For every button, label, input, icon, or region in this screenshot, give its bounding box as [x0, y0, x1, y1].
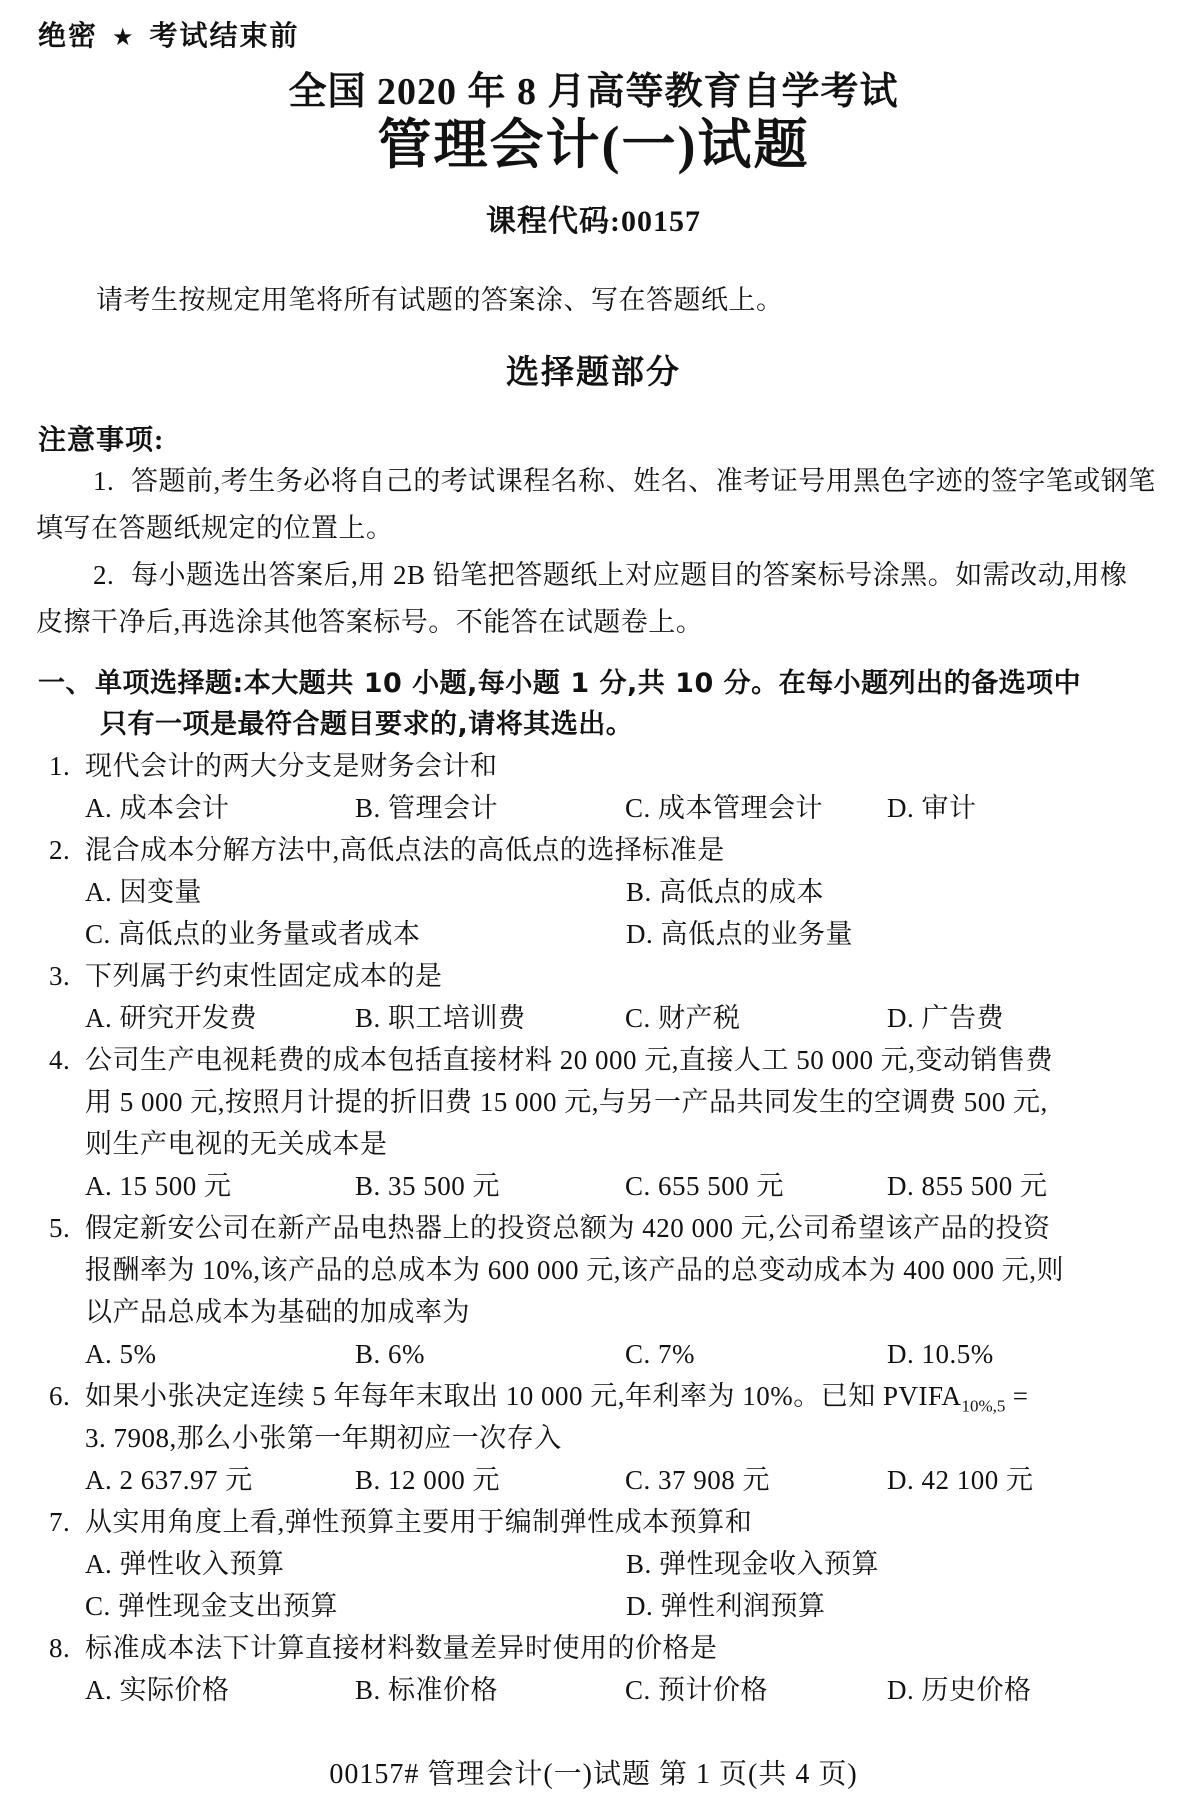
question-stem-row: 1. 现代会计的两大分支是财务会计和: [36, 745, 1159, 787]
question-number: 4.: [49, 1039, 85, 1081]
option-a: A. 实际价格: [85, 1669, 355, 1711]
question-7: 7. 从实用角度上看,弹性预算主要用于编制弹性成本预算和 A. 弹性收入预算 B…: [36, 1501, 1159, 1627]
option-b: B. 管理会计: [355, 787, 625, 829]
note-continuation: 填写在答题纸规定的位置上。: [36, 505, 1159, 552]
section-marker: 一、: [38, 663, 95, 704]
heading-text: 单项选择题:本大题共 10 小题,每小题 1 分,共 10 分。在每小题列出的备…: [95, 663, 1081, 704]
question-list: 1. 现代会计的两大分支是财务会计和 A. 成本会计 B. 管理会计 C. 成本…: [36, 745, 1159, 1711]
option-a: A. 弹性收入预算: [85, 1543, 626, 1585]
option-a: A. 5%: [85, 1333, 355, 1375]
options-row: A. 弹性收入预算 B. 弹性现金收入预算: [85, 1543, 1159, 1585]
question-stem-row: 8. 标准成本法下计算直接材料数量差异时使用的价格是: [36, 1627, 1159, 1669]
question-5: 5. 假定新安公司在新产品电热器上的投资总额为 420 000 元,公司希望该产…: [36, 1207, 1159, 1375]
exam-phase: 考试结束前: [150, 19, 300, 52]
note-item-1: 1. 答题前,考生务必将自己的考试课程名称、姓名、准考证号用黑色字迹的签字笔或钢…: [36, 458, 1159, 505]
question-8: 8. 标准成本法下计算直接材料数量差异时使用的价格是 A. 实际价格 B. 标准…: [36, 1627, 1159, 1711]
question-stem: 公司生产电视耗费的成本包括直接材料 20 000 元,直接人工 50 000 元…: [85, 1039, 1159, 1081]
note-text: 每小题选出答案后,用 2B 铅笔把答题纸上对应题目的答案标号涂黑。如需改动,用橡: [131, 552, 1159, 599]
option-d: D. 高低点的业务量: [626, 913, 1159, 955]
question-stem: 下列属于约束性固定成本的是: [85, 955, 1159, 997]
classified-header: 绝密★考试结束前: [38, 14, 300, 54]
course-code: 课程代码:00157: [0, 196, 1187, 240]
section-one-heading: 一、 单项选择题:本大题共 10 小题,每小题 1 分,共 10 分。在每小题列…: [38, 663, 1157, 745]
question-stem: 假定新安公司在新产品电热器上的投资总额为 420 000 元,公司希望该产品的投…: [85, 1207, 1159, 1249]
question-number: 5.: [49, 1207, 85, 1249]
option-c: C. 成本管理会计: [625, 787, 887, 829]
option-c: C. 655 500 元: [625, 1165, 887, 1207]
option-c: C. 高低点的业务量或者成本: [85, 913, 626, 955]
options-row: A. 因变量 B. 高低点的成本: [85, 871, 1159, 913]
options-row: C. 高低点的业务量或者成本 D. 高低点的业务量: [85, 913, 1159, 955]
option-c: C. 7%: [625, 1333, 887, 1375]
heading-continuation: 只有一项是最符合题目要求的,请将其选出。: [100, 704, 1157, 745]
note-text: 答题前,考生务必将自己的考试课程名称、姓名、准考证号用黑色字迹的签字笔或钢笔: [131, 458, 1159, 505]
question-stem-row: 3. 下列属于约束性固定成本的是: [36, 955, 1159, 997]
question-number: 1.: [49, 745, 85, 787]
question-stem-row: 7. 从实用角度上看,弹性预算主要用于编制弹性成本预算和: [36, 1501, 1159, 1543]
options-row: A. 实际价格 B. 标准价格 C. 预计价格 D. 历史价格: [85, 1669, 1159, 1711]
exam-paper-page: 绝密★考试结束前 全国 2020 年 8 月高等教育自学考试 管理会计(一)试题…: [0, 0, 1187, 1816]
question-stem: 标准成本法下计算直接材料数量差异时使用的价格是: [85, 1627, 1159, 1669]
option-b: B. 12 000 元: [355, 1459, 625, 1501]
question-number: 6.: [49, 1375, 85, 1417]
question-stem-continuation: 用 5 000 元,按照月计提的折旧费 15 000 元,与另一产品共同发生的空…: [85, 1081, 1159, 1123]
question-number: 3.: [49, 955, 85, 997]
page-footer: 00157# 管理会计(一)试题 第 1 页(共 4 页): [0, 1752, 1187, 1792]
question-stem-row: 4. 公司生产电视耗费的成本包括直接材料 20 000 元,直接人工 50 00…: [36, 1039, 1159, 1081]
question-stem-continuation: 则生产电视的无关成本是: [85, 1123, 1159, 1165]
note-number: 1.: [93, 458, 131, 505]
options-row: A. 2 637.97 元 B. 12 000 元 C. 37 908 元 D.…: [85, 1459, 1159, 1501]
question-stem-continuation: 报酬率为 10%,该产品的总成本为 600 000 元,该产品的总变动成本为 4…: [85, 1249, 1159, 1291]
stem-text: 如果小张决定连续 5 年每年末取出 10 000 元,年利率为 10%。已知 P…: [85, 1381, 962, 1411]
question-stem: 从实用角度上看,弹性预算主要用于编制弹性成本预算和: [85, 1501, 1159, 1543]
question-number: 2.: [49, 829, 85, 871]
note-item-2: 2. 每小题选出答案后,用 2B 铅笔把答题纸上对应题目的答案标号涂黑。如需改动…: [36, 552, 1159, 599]
pvifa-subscript: 10%,5: [962, 1396, 1006, 1415]
question-3: 3. 下列属于约束性固定成本的是 A. 研究开发费 B. 职工培训费 C. 财产…: [36, 955, 1159, 1039]
option-c: C. 弹性现金支出预算: [85, 1585, 626, 1627]
option-d: D. 广告费: [887, 997, 1159, 1039]
option-d: D. 弹性利润预算: [626, 1585, 1159, 1627]
part-title: 选择题部分: [0, 346, 1187, 393]
option-b: B. 高低点的成本: [626, 871, 1159, 913]
option-b: B. 弹性现金收入预算: [626, 1543, 1159, 1585]
question-2: 2. 混合成本分解方法中,高低点法的高低点的选择标准是 A. 因变量 B. 高低…: [36, 829, 1159, 955]
option-a: A. 因变量: [85, 871, 626, 913]
option-a: A. 研究开发费: [85, 997, 355, 1039]
option-d: D. 历史价格: [887, 1669, 1159, 1711]
heading-line: 一、 单项选择题:本大题共 10 小题,每小题 1 分,共 10 分。在每小题列…: [38, 663, 1157, 704]
option-b: B. 35 500 元: [355, 1165, 625, 1207]
note-continuation: 皮擦干净后,再选涂其他答案标号。不能答在试题卷上。: [36, 599, 1159, 646]
options-row: A. 5% B. 6% C. 7% D. 10.5%: [85, 1333, 1159, 1375]
question-stem-row: 5. 假定新安公司在新产品电热器上的投资总额为 420 000 元,公司希望该产…: [36, 1207, 1159, 1249]
intro-note: 请考生按规定用笔将所有试题的答案涂、写在答题纸上。: [36, 278, 1157, 317]
options-row: A. 成本会计 B. 管理会计 C. 成本管理会计 D. 审计: [85, 787, 1159, 829]
option-c: C. 预计价格: [625, 1669, 887, 1711]
options-row: A. 15 500 元 B. 35 500 元 C. 655 500 元 D. …: [85, 1165, 1159, 1207]
stem-text: =: [1005, 1381, 1028, 1411]
option-a: A. 15 500 元: [85, 1165, 355, 1207]
option-b: B. 标准价格: [355, 1669, 625, 1711]
note-number: 2.: [93, 552, 131, 599]
question-number: 7.: [49, 1501, 85, 1543]
question-stem-continuation: 以产品总成本为基础的加成率为: [85, 1291, 1159, 1333]
option-d: D. 855 500 元: [887, 1165, 1159, 1207]
classification-level: 绝密: [38, 19, 98, 52]
question-1: 1. 现代会计的两大分支是财务会计和 A. 成本会计 B. 管理会计 C. 成本…: [36, 745, 1159, 829]
option-d: D. 审计: [887, 787, 1159, 829]
option-c: C. 财产税: [625, 997, 887, 1039]
option-b: B. 职工培训费: [355, 997, 625, 1039]
options-row: A. 研究开发费 B. 职工培训费 C. 财产税 D. 广告费: [85, 997, 1159, 1039]
option-d: D. 42 100 元: [887, 1459, 1159, 1501]
star-icon: ★: [98, 23, 150, 51]
option-d: D. 10.5%: [887, 1333, 1159, 1375]
question-number: 8.: [49, 1627, 85, 1669]
option-c: C. 37 908 元: [625, 1459, 887, 1501]
option-b: B. 6%: [355, 1333, 625, 1375]
subject-title: 管理会计(一)试题: [0, 102, 1187, 179]
options-row: C. 弹性现金支出预算 D. 弹性利润预算: [85, 1585, 1159, 1627]
question-stem-continuation: 3. 7908,那么小张第一年期初应一次存入: [85, 1417, 1159, 1459]
question-4: 4. 公司生产电视耗费的成本包括直接材料 20 000 元,直接人工 50 00…: [36, 1039, 1159, 1207]
question-6: 6. 如果小张决定连续 5 年每年末取出 10 000 元,年利率为 10%。已…: [36, 1375, 1159, 1501]
question-stem: 如果小张决定连续 5 年每年末取出 10 000 元,年利率为 10%。已知 P…: [85, 1375, 1159, 1417]
notice-title: 注意事项:: [38, 418, 164, 458]
question-stem: 现代会计的两大分支是财务会计和: [85, 745, 1159, 787]
option-a: A. 2 637.97 元: [85, 1459, 355, 1501]
notice-list: 1. 答题前,考生务必将自己的考试课程名称、姓名、准考证号用黑色字迹的签字笔或钢…: [36, 458, 1159, 646]
question-stem-row: 6. 如果小张决定连续 5 年每年末取出 10 000 元,年利率为 10%。已…: [36, 1375, 1159, 1417]
question-stem: 混合成本分解方法中,高低点法的高低点的选择标准是: [85, 829, 1159, 871]
option-a: A. 成本会计: [85, 787, 355, 829]
question-stem-row: 2. 混合成本分解方法中,高低点法的高低点的选择标准是: [36, 829, 1159, 871]
